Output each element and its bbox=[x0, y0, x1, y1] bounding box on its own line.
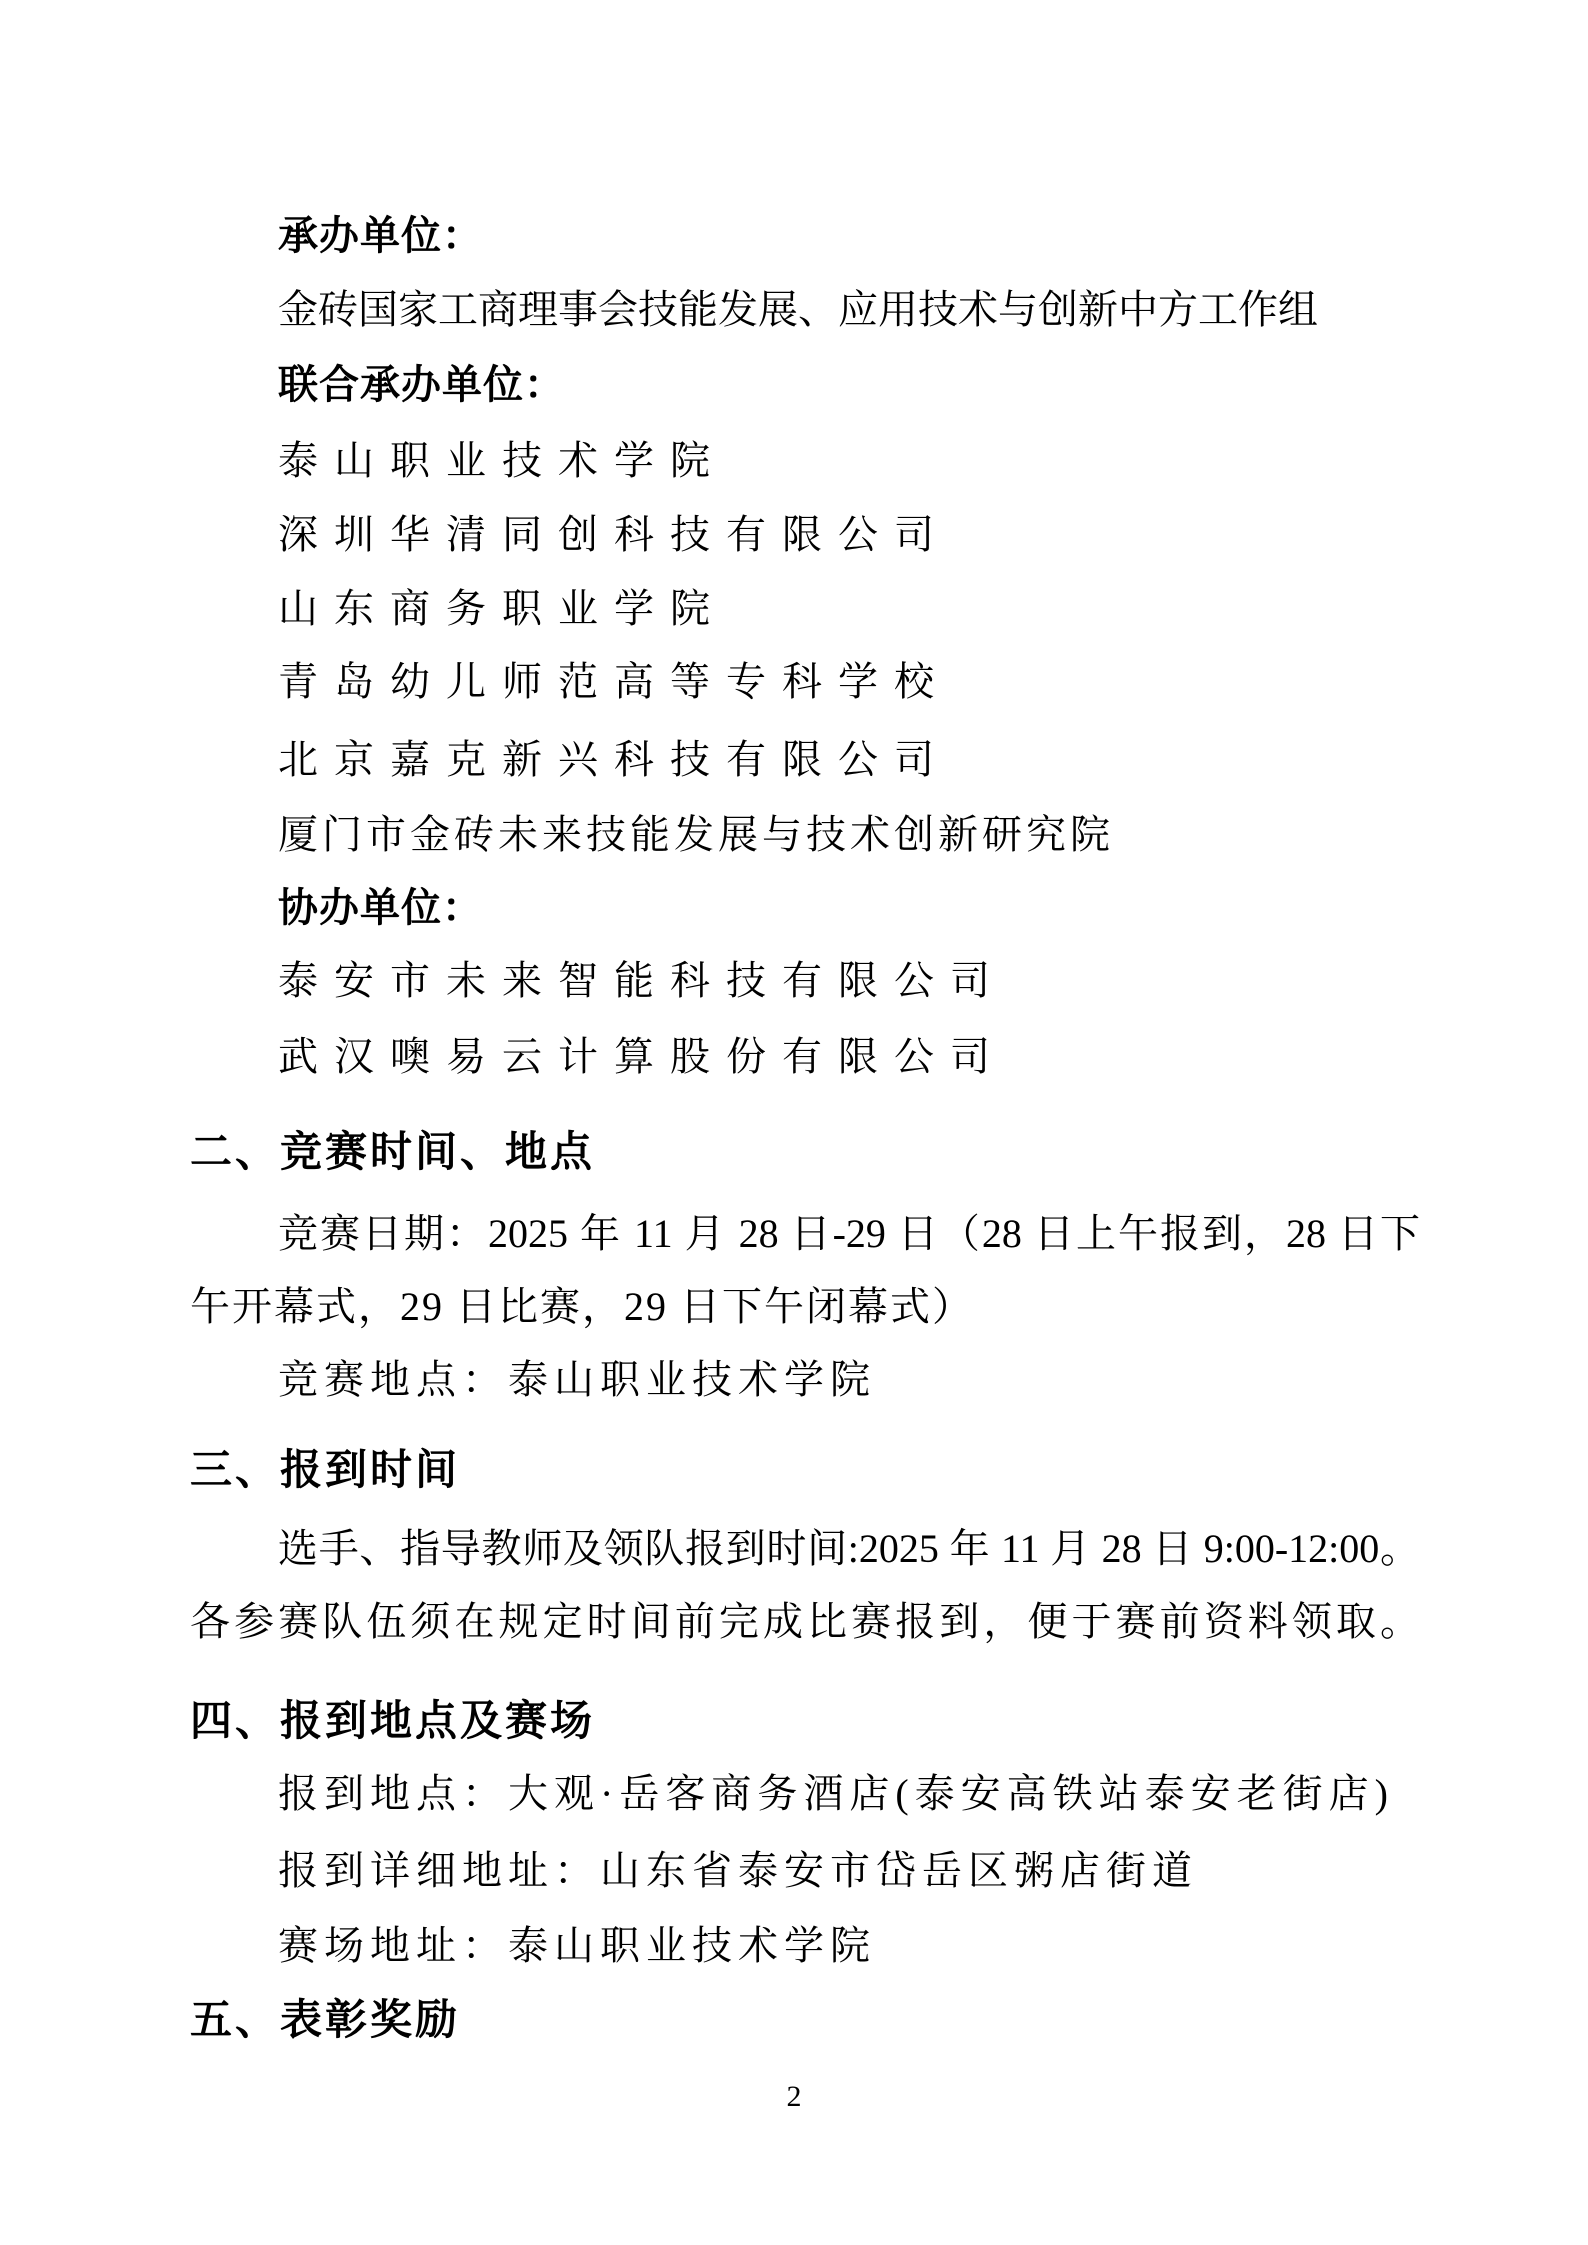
section-heading: 四、报到地点及赛场 bbox=[190, 1697, 1420, 1745]
paragraph-line: 各参赛队伍须在规定时间前完成比赛报到，便于赛前资料领取。 bbox=[190, 1599, 1420, 1645]
paragraph-line: 竞赛地点：泰山职业技术学院 bbox=[190, 1357, 1420, 1403]
org-role-label: 联合承办单位： bbox=[190, 362, 1420, 408]
paragraph-line: 泰山职业技术学院 bbox=[190, 438, 1420, 484]
org-role-label: 承办单位： bbox=[190, 213, 1420, 259]
paragraph-line: 北京嘉克新兴科技有限公司 bbox=[190, 737, 1420, 783]
paragraph-line: 厦门市金砖未来技能发展与技术创新研究院 bbox=[190, 812, 1420, 858]
paragraph-line: 山东商务职业学院 bbox=[190, 586, 1420, 632]
paragraph-line: 青岛幼儿师范高等专科学校 bbox=[190, 659, 1420, 705]
paragraph-line: 午开幕式，29 日比赛，29 日下午闭幕式） bbox=[190, 1284, 1420, 1330]
paragraph-line: 报到地点：大观·岳客商务酒店(泰安高铁站泰安老街店) bbox=[190, 1771, 1420, 1817]
paragraph-line: 报到详细地址：山东省泰安市岱岳区粥店街道 bbox=[190, 1848, 1420, 1894]
paragraph-line: 选手、指导教师及领队报到时间:2025 年 11 月 28 日 9:00-12:… bbox=[190, 1526, 1420, 1572]
section-heading: 二、竞赛时间、地点 bbox=[190, 1128, 1420, 1176]
paragraph-line: 深圳华清同创科技有限公司 bbox=[190, 512, 1420, 558]
paragraph-line: 竞赛日期：2025 年 11 月 28 日-29 日（28 日上午报到，28 日… bbox=[190, 1211, 1420, 1257]
paragraph-line: 武汉噢易云计算股份有限公司 bbox=[190, 1034, 1420, 1080]
page-number: 2 bbox=[0, 2080, 1588, 2114]
org-role-label: 协办单位： bbox=[190, 885, 1420, 931]
section-heading: 三、报到时间 bbox=[190, 1446, 1420, 1494]
paragraph-line: 赛场地址：泰山职业技术学院 bbox=[190, 1923, 1420, 1969]
paragraph-line: 金砖国家工商理事会技能发展、应用技术与创新中方工作组 bbox=[190, 287, 1420, 333]
paragraph-line: 泰安市未来智能科技有限公司 bbox=[190, 958, 1420, 1004]
section-heading: 五、表彰奖励 bbox=[190, 1996, 1420, 2044]
document-page: 承办单位：金砖国家工商理事会技能发展、应用技术与创新中方工作组联合承办单位：泰山… bbox=[0, 0, 1588, 2245]
